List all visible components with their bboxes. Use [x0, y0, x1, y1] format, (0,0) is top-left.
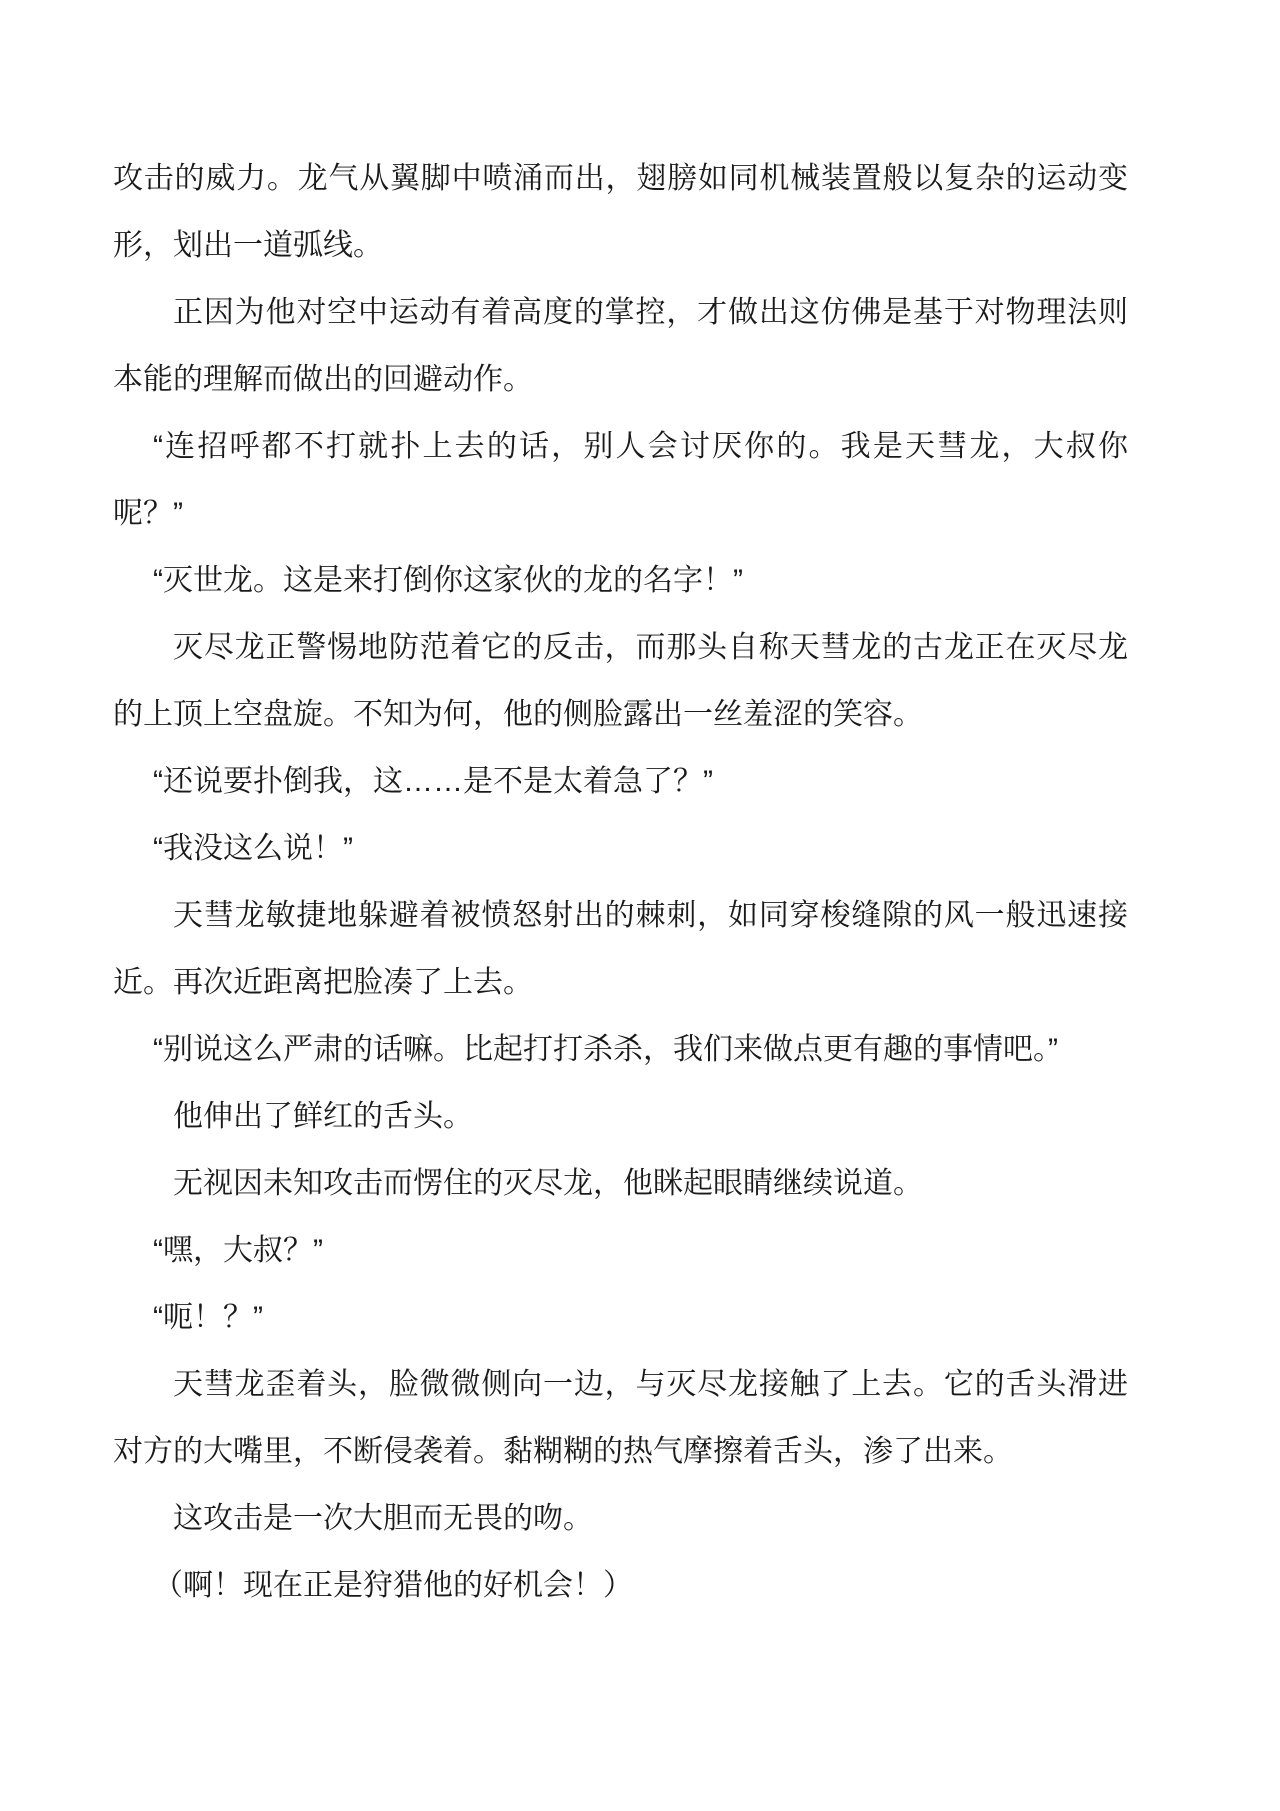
paragraph: 灭尽龙正警惕地防范着它的反击，而那头自称天彗龙的古龙正在灭尽龙的上顶上空盘旋。不…	[113, 614, 1128, 748]
paragraph: （啊！现在正是狩猎他的好机会！）	[113, 1552, 1128, 1619]
paragraph: “嘿，大叔？”	[113, 1217, 1128, 1284]
paragraph: 天彗龙敏捷地躲避着被愤怒射出的棘刺，如同穿梭缝隙的风一般迅速接近。再次近距离把脸…	[113, 882, 1128, 1016]
paragraph: 无视因未知攻击而愣住的灭尽龙，他眯起眼睛继续说道。	[113, 1150, 1128, 1217]
paragraph: “我没这么说！”	[113, 815, 1128, 882]
paragraph: 他伸出了鲜红的舌头。	[113, 1083, 1128, 1150]
paragraph: 正因为他对空中运动有着高度的掌控，才做出这仿佛是基于对物理法则本能的理解而做出的…	[113, 279, 1128, 413]
paragraph: “别说这么严肃的话嘛。比起打打杀杀，我们来做点更有趣的事情吧。”	[113, 1016, 1128, 1083]
paragraph: “灭世龙。这是来打倒你这家伙的龙的名字！”	[113, 547, 1128, 614]
paragraph: “还说要扑倒我，这……是不是太着急了？”	[113, 748, 1128, 815]
paragraph: 攻击的威力。龙气从翼脚中喷涌而出，翅膀如同机械装置般以复杂的运动变形，划出一道弧…	[113, 145, 1128, 279]
document-page: 攻击的威力。龙气从翼脚中喷涌而出，翅膀如同机械装置般以复杂的运动变形，划出一道弧…	[0, 0, 1280, 1811]
paragraph: “连招呼都不打就扑上去的话，别人会讨厌你的。我是天彗龙，大叔你呢？”	[113, 413, 1128, 547]
paragraph: 这攻击是一次大胆而无畏的吻。	[113, 1485, 1128, 1552]
text-block: 攻击的威力。龙气从翼脚中喷涌而出，翅膀如同机械装置般以复杂的运动变形，划出一道弧…	[113, 145, 1128, 1619]
paragraph: 天彗龙歪着头，脸微微侧向一边，与灭尽龙接触了上去。它的舌头滑进对方的大嘴里，不断…	[113, 1351, 1128, 1485]
paragraph: “呃！？”	[113, 1284, 1128, 1351]
